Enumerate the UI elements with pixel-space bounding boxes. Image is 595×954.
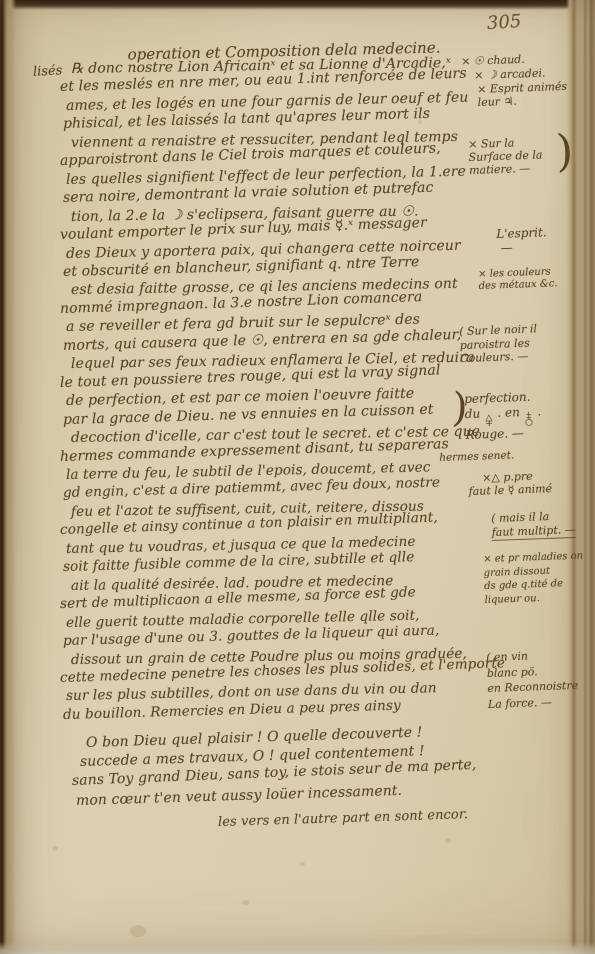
margin-note-text: hermes senet.: [439, 449, 514, 465]
margin-note-text: faut le ☿ animé: [468, 483, 552, 498]
foxing-spot: [52, 846, 58, 851]
margin-note-text: liqueur ou.: [484, 590, 584, 607]
page-bottom-edge: [0, 942, 595, 954]
manuscript-page: 305 operation et Composition dela medeci…: [0, 0, 595, 954]
margin-note-text: × ☽ arcadei.: [474, 67, 546, 82]
margin-note-text: .: [537, 404, 541, 418]
margin-note-text: Rouge. —: [465, 425, 542, 443]
margin-note-text: du: [465, 406, 481, 421]
margin-note-noir-couleurs: ( Sur le noir il paroistra les Couleurs.…: [459, 322, 538, 365]
margin-note-vin-blanc: ( en vin blanc pö. en Reconnoistre La fo…: [486, 647, 579, 712]
prayer-block: O bon Dieu quel plaisir ! O quelle decou…: [86, 734, 506, 832]
margin-note-text: en Reconnoistre: [487, 678, 578, 697]
margin-note-couleurs-metaux: × les couleurs des métaux &c.: [478, 266, 558, 293]
margin-note-esprit-animes: × Esprit animés leur ♃.: [477, 80, 568, 109]
margin-note-multiplier: ( mais il la faut multipt. —: [491, 509, 576, 541]
margin-note-moon-arcadei: × ☽ arcadei.: [474, 67, 546, 82]
margin-note-maladies-dose: × et pr maladies on grain dissout ds gde…: [483, 550, 585, 607]
page-number: 305: [486, 12, 522, 34]
circled-double-cross-symbol-icon: ‡○: [525, 415, 533, 426]
margin-note-text: matiere. —: [469, 161, 543, 177]
margin-note-text: Couleurs. —: [460, 349, 538, 365]
margin-note-text: La force. —: [488, 693, 579, 712]
margin-note-fire-mercure: ×△ p.pre faut le ☿ animé: [468, 470, 552, 498]
margin-note-text: leur ♃.: [477, 93, 567, 109]
footer-line: les vers en l'autre part en sont encor.: [218, 804, 506, 832]
margin-note-text: faut multipt. —: [491, 523, 576, 541]
foxing-spot: [300, 862, 305, 866]
margin-note-sun-chaud: × ☉ chaud.: [461, 53, 525, 68]
foxing-spot: [242, 900, 249, 905]
sulfur-symbol-icon: △+: [485, 416, 493, 427]
margin-note-text: L'esprit.: [496, 226, 547, 241]
margin-note-text: . en: [497, 405, 520, 420]
main-text-block: ℞ donc nostre Lion Africainˣ et sa Lionn…: [58, 60, 484, 724]
margin-note-surface-matiere: × Sur la Surface de la matiere. —: [468, 135, 543, 177]
underline-dash: —: [500, 240, 547, 255]
margin-note-hermes: hermes senet.: [439, 449, 514, 465]
margin-note-symbol-line: du △+ . en ‡○ .: [465, 404, 542, 428]
foxing-spot: [445, 838, 451, 843]
book-binding-edge: [0, 0, 16, 954]
margin-note-perfection-rouge: perfection. du △+ . en ‡○ . Rouge. —: [464, 389, 542, 443]
margin-bracket: ): [555, 130, 574, 175]
margin-note-lesprit: L'esprit. —: [496, 226, 547, 255]
book-top-edge: [0, 0, 595, 10]
margin-note-text: Surface de la: [468, 148, 542, 164]
margin-note-text: × ☉ chaud.: [461, 53, 525, 68]
foxing-spot: [130, 925, 146, 937]
margin-note-text: des métaux &c.: [478, 278, 557, 293]
